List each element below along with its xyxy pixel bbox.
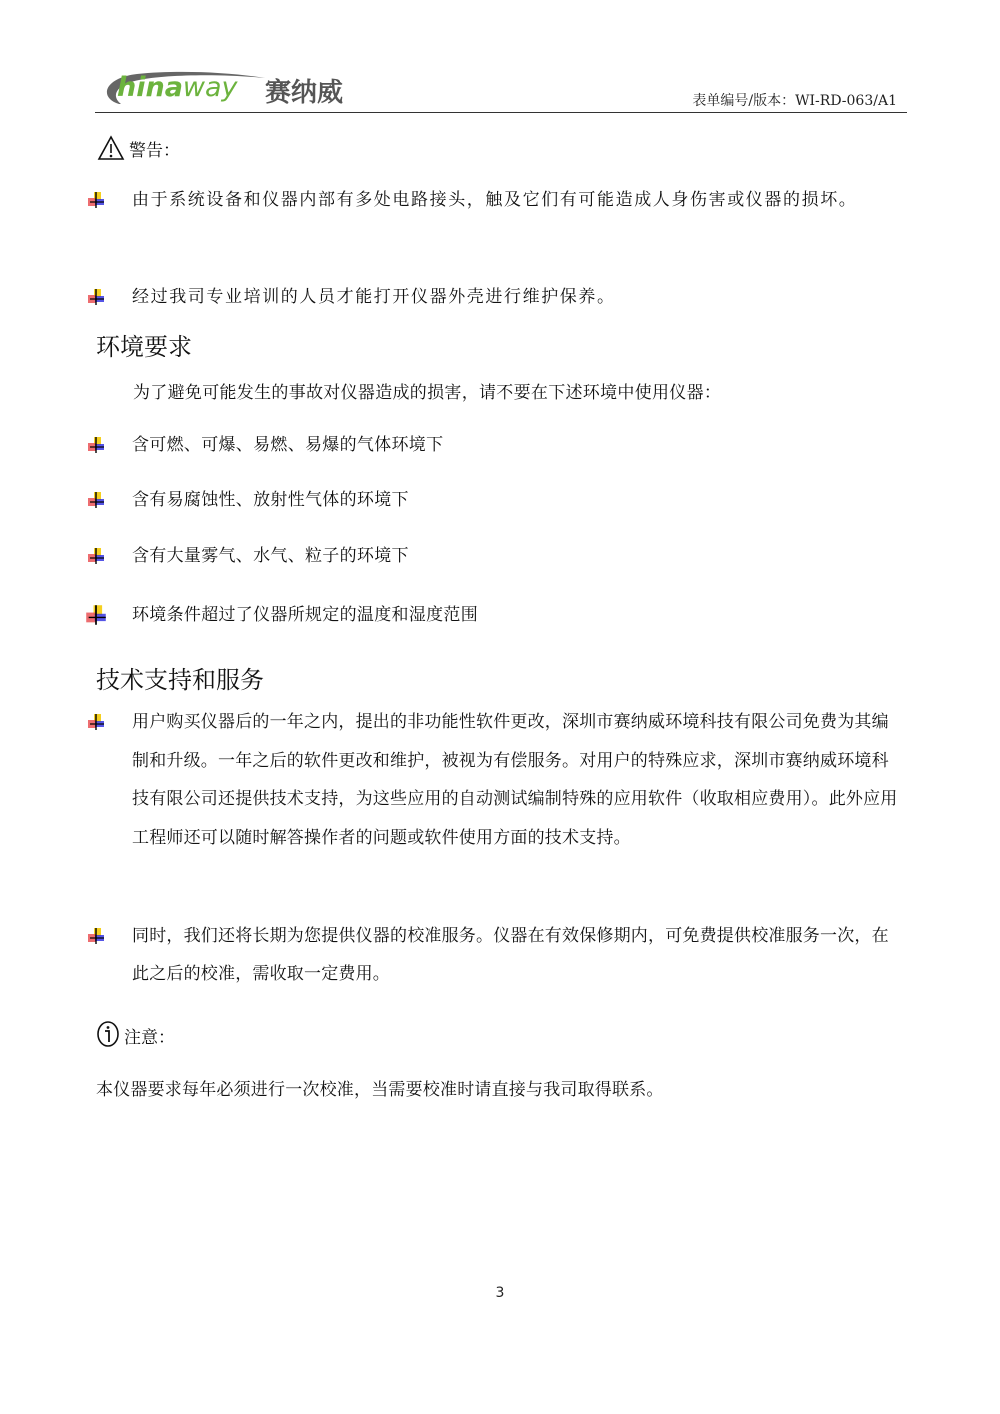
- warning-label: 警告：: [129, 136, 180, 161]
- bullet-icon: [87, 927, 105, 945]
- list-item-text: 同时，我们还将长期为您提供仪器的校准服务。仪器在有效保修期内，可免费提供校准服务…: [132, 917, 904, 993]
- info-icon: [96, 1020, 122, 1048]
- bullet-icon: [85, 604, 107, 626]
- bullet-icon: [87, 713, 105, 731]
- environment-intro: 为了避免可能发生的事故对仪器造成的损害，请不要在下述环境中使用仪器：: [133, 378, 721, 403]
- logo-latin: hinaway: [117, 72, 238, 103]
- list-item: 用户购买仪器后的一年之内，提出的非功能性软件更改，深圳市赛纳威环境科技有限公司免…: [84, 703, 904, 857]
- bullet-icon: [87, 491, 105, 509]
- bullet-icon: [87, 191, 105, 209]
- list-item: 经过我司专业培训的人员才能打开仪器外壳进行维护保养。: [84, 278, 904, 316]
- form-code: 表单编号/版本：WI-RD-063/A1: [692, 90, 897, 110]
- section-title-support: 技术支持和服务: [96, 660, 264, 695]
- list-item-text: 用户购买仪器后的一年之内，提出的非功能性软件更改，深圳市赛纳威环境科技有限公司免…: [132, 703, 904, 857]
- list-item-text: 经过我司专业培训的人员才能打开仪器外壳进行维护保养。: [132, 278, 904, 316]
- bullet-icon: [87, 547, 105, 565]
- warning-triangle-icon: [97, 135, 125, 161]
- list-item: 环境条件超过了仪器所规定的温度和湿度范围: [84, 596, 904, 634]
- list-item: 含有大量雾气、水气、粒子的环境下: [84, 537, 904, 575]
- bullet-icon: [87, 436, 105, 454]
- list-item: 含可燃、可爆、易燃、易爆的气体环境下: [84, 426, 904, 464]
- warning-heading: 警告：: [97, 135, 180, 161]
- list-item-text: 含可燃、可爆、易燃、易爆的气体环境下: [132, 426, 904, 464]
- chinaway-logo: hinaway 赛纳威: [97, 64, 367, 110]
- note-heading: 注意：: [96, 1020, 175, 1048]
- logo-latin-bold: hina: [117, 72, 183, 103]
- list-item: 同时，我们还将长期为您提供仪器的校准服务。仪器在有效保修期内，可免费提供校准服务…: [84, 917, 904, 993]
- page-header: hinaway 赛纳威 表单编号/版本：WI-RD-063/A1: [95, 60, 907, 113]
- list-item-text: 含有易腐蚀性、放射性气体的环境下: [132, 481, 904, 519]
- list-item: 由于系统设备和仪器内部有多处电路接头，触及它们有可能造成人身伤害或仪器的损坏。: [84, 181, 904, 219]
- note-text: 本仪器要求每年必须进行一次校准，当需要校准时请直接与我司取得联系。: [96, 1075, 664, 1100]
- logo-chinese: 赛纳威: [265, 72, 343, 109]
- list-item-text: 由于系统设备和仪器内部有多处电路接头，触及它们有可能造成人身伤害或仪器的损坏。: [132, 181, 904, 219]
- note-label: 注意：: [124, 1023, 175, 1048]
- section-title-environment: 环境要求: [96, 327, 192, 362]
- bullet-icon: [87, 288, 105, 306]
- logo-latin-light: way: [183, 72, 238, 103]
- list-item: 含有易腐蚀性、放射性气体的环境下: [84, 481, 904, 519]
- page-number: 3: [0, 1285, 1000, 1301]
- list-item-text: 含有大量雾气、水气、粒子的环境下: [132, 537, 904, 575]
- list-item-text: 环境条件超过了仪器所规定的温度和湿度范围: [132, 596, 904, 634]
